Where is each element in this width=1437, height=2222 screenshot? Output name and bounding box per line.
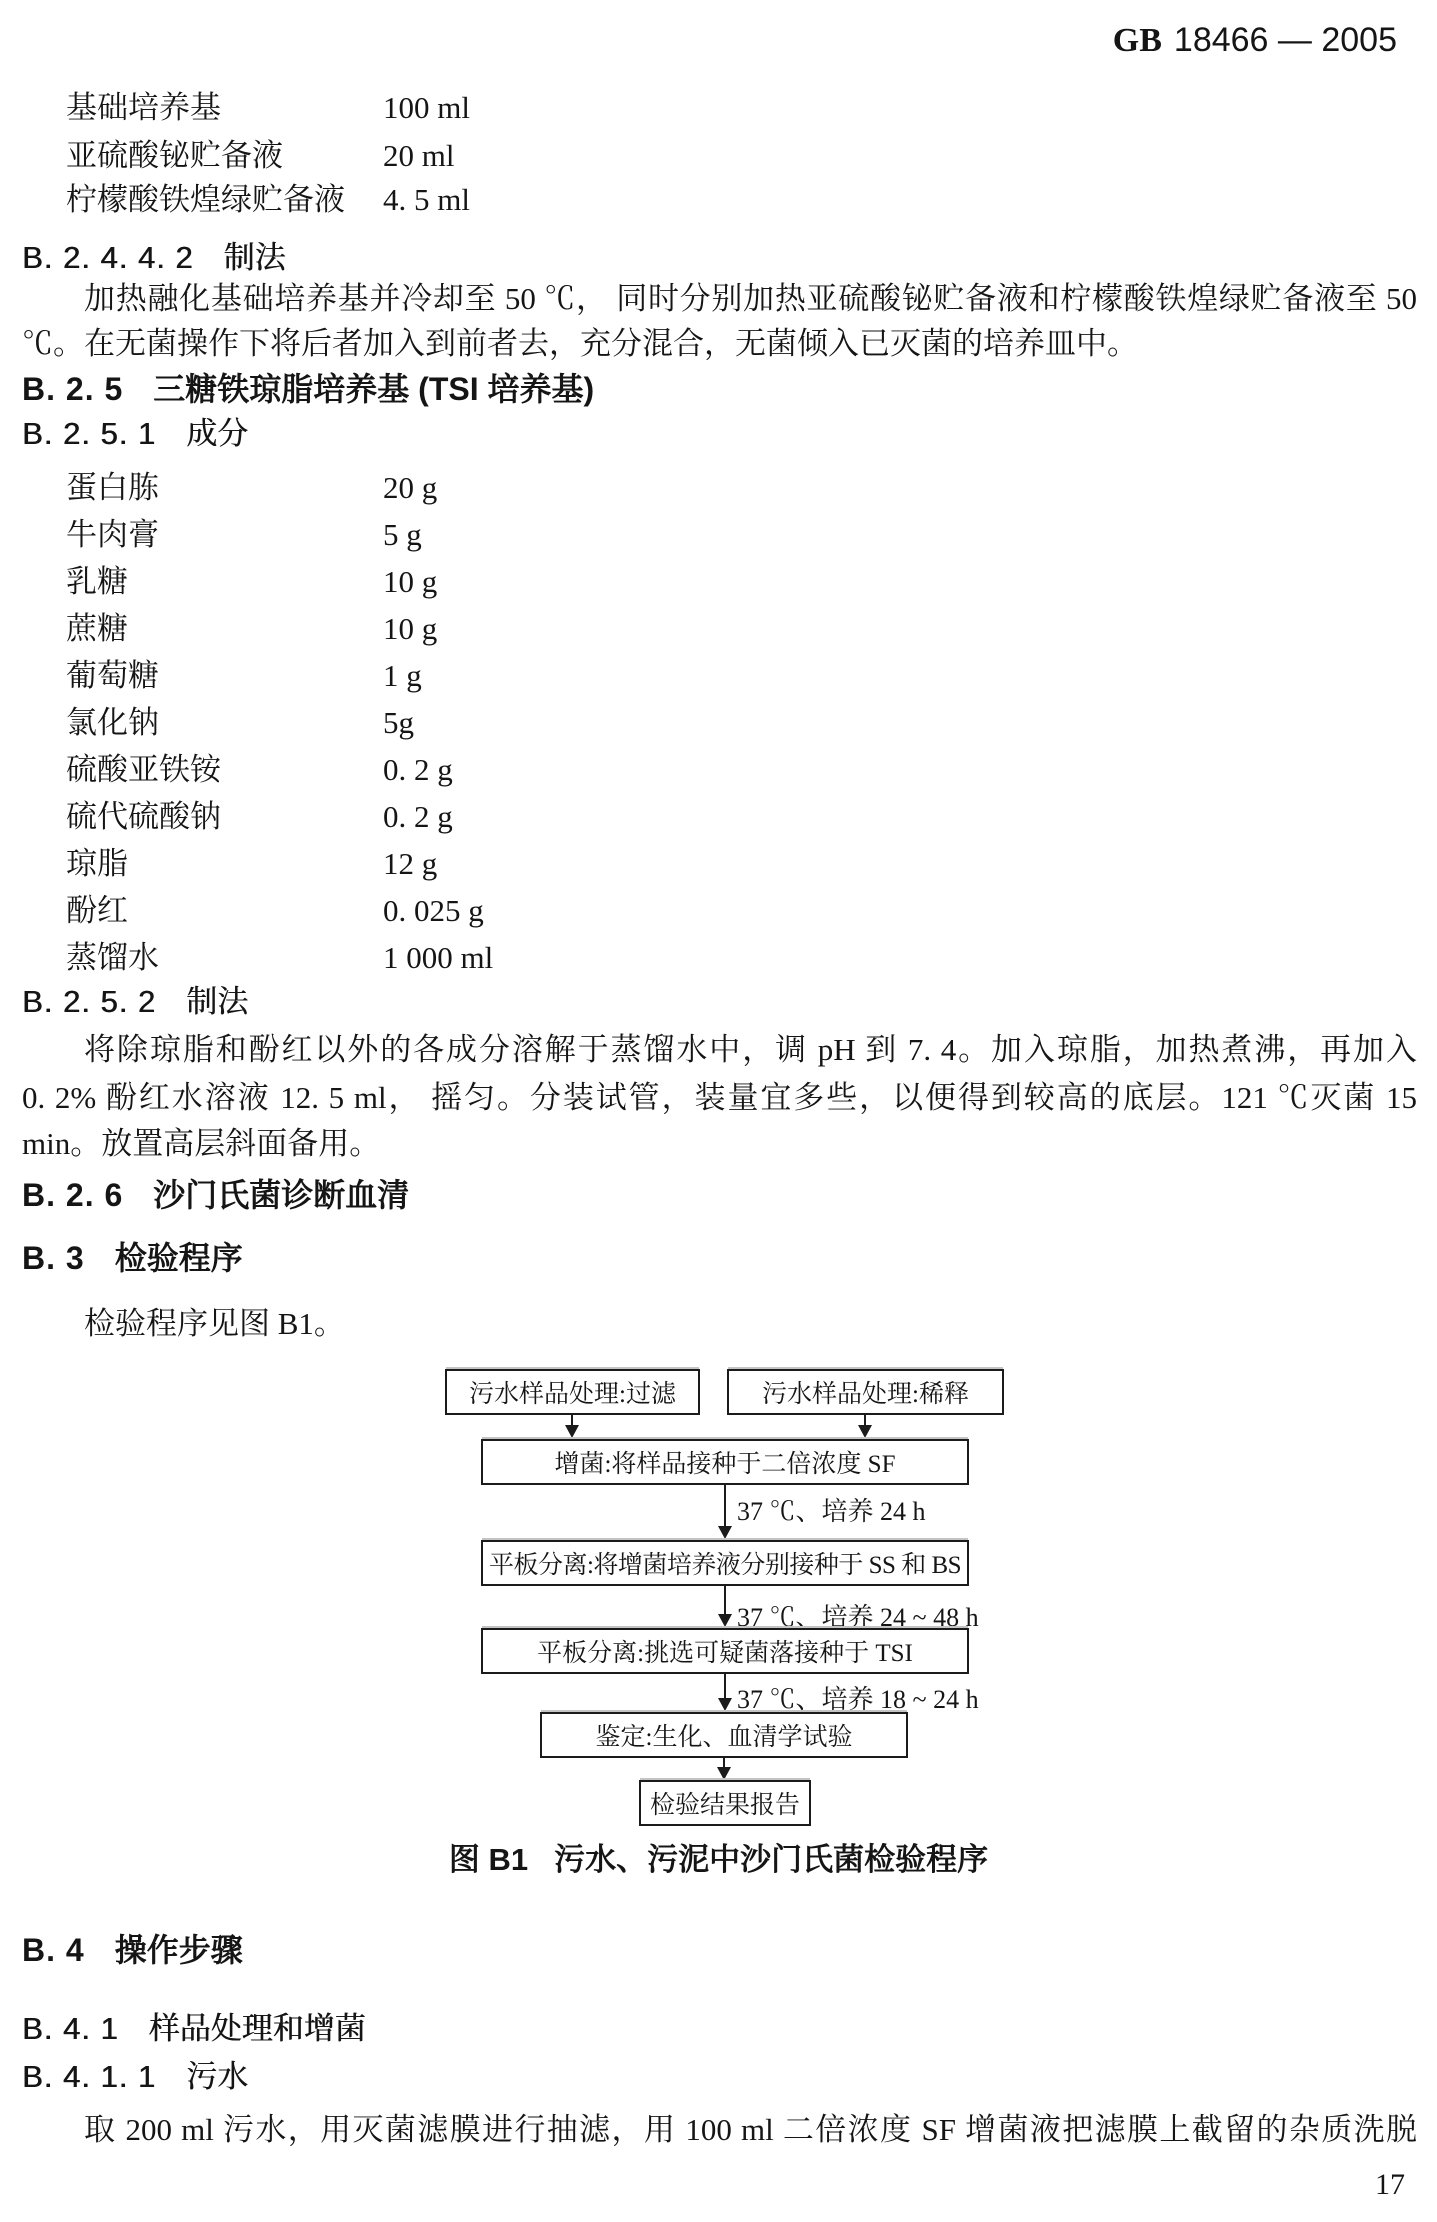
heading-number: B. 2. 5. 2 — [22, 984, 156, 1019]
flow-arrow — [571, 1415, 573, 1426]
heading-title: 三糖铁琼脂培养基 (TSI 培养基) — [153, 371, 594, 407]
ingredient-row: 氯化钠5g — [66, 703, 414, 743]
heading-b3: B. 3检验程序 — [22, 1238, 243, 1278]
heading-title: 污水 — [186, 2059, 248, 2094]
heading-title: 制法 — [224, 240, 286, 275]
standard-code: GB18466 — 2005 — [1113, 20, 1397, 61]
flow-box-enrich: 增菌:将样品接种于二倍浓度 SF — [481, 1439, 969, 1485]
ingredient-amount: 1 g — [383, 656, 422, 696]
ingredient-amount: 0. 2 g — [383, 797, 453, 837]
ingredient-name: 基础培养基 — [66, 88, 383, 128]
ingredient-name: 硫代硫酸钠 — [66, 797, 383, 837]
heading-number: B. 2. 6 — [22, 1177, 123, 1213]
ingredient-row: 乳糖10 g — [66, 562, 437, 602]
heading-b2-6: B. 2. 6沙门氏菌诊断血清 — [22, 1175, 409, 1215]
paragraph-line: ℃。在无菌操作下将后者加入到前者去，充分混合，无菌倾入已灭菌的培养皿中。 — [22, 324, 1417, 364]
figure-title: 污水、污泥中沙门氏菌检验程序 — [554, 1842, 988, 1877]
flow-box-plate-ss-bs: 平板分离:将增菌培养液分别接种于 SS 和 BS — [481, 1540, 969, 1586]
ingredient-amount: 20 ml — [383, 136, 454, 176]
ingredient-amount: 20 g — [383, 468, 437, 508]
paragraph-line: 0. 2% 酚红水溶液 12. 5 ml， 摇匀。分装试管，装量宜多些，以便得到… — [22, 1078, 1417, 1118]
heading-number: B. 4. 1 — [22, 2011, 119, 2046]
heading-b4-1-1: B. 4. 1. 1污水 — [22, 2057, 248, 2097]
ingredient-row: 蒸馏水1 000 ml — [66, 938, 493, 978]
heading-number: B. 2. 5 — [22, 371, 123, 407]
flow-box-report: 检验结果报告 — [639, 1780, 811, 1826]
heading-number: B. 2. 4. 4. 2 — [22, 240, 194, 275]
flow-box-plate-tsi: 平板分离:挑选可疑菌落接种于 TSI — [481, 1628, 969, 1674]
ingredient-row: 牛肉膏5 g — [66, 515, 422, 555]
ingredient-row: 基础培养基100 ml — [66, 88, 470, 128]
heading-b2-5-1: B. 2. 5. 1成分 — [22, 414, 248, 454]
figure-caption: 图 B1污水、污泥中沙门氏菌检验程序 — [0, 1840, 1437, 1880]
standard-prefix: GB — [1113, 22, 1162, 59]
ingredient-amount: 1 000 ml — [383, 938, 493, 978]
heading-number: B. 4 — [22, 1932, 85, 1968]
document-page: GB18466 — 2005 基础培养基100 ml 亚硫酸铋贮备液20 ml … — [0, 0, 1437, 2222]
heading-title: 检验程序 — [115, 1240, 243, 1276]
flow-arrow — [723, 1758, 725, 1768]
ingredient-name: 硫酸亚铁铵 — [66, 750, 383, 790]
ingredient-name: 酚红 — [66, 891, 383, 931]
flow-arrow — [864, 1415, 866, 1426]
ingredient-row: 琼脂12 g — [66, 844, 437, 884]
heading-title: 成分 — [186, 416, 248, 451]
heading-b4: B. 4操作步骤 — [22, 1930, 243, 1970]
ingredient-amount: 4. 5 ml — [383, 180, 470, 220]
ingredient-amount: 0. 025 g — [383, 891, 484, 931]
ingredient-name: 琼脂 — [66, 844, 383, 884]
heading-number: B. 4. 1. 1 — [22, 2059, 156, 2094]
figure-label: 图 B1 — [449, 1842, 528, 1877]
ingredient-name: 牛肉膏 — [66, 515, 383, 555]
ingredient-amount: 10 g — [383, 609, 437, 649]
ingredient-amount: 10 g — [383, 562, 437, 602]
heading-title: 制法 — [186, 984, 248, 1019]
ingredient-name: 乳糖 — [66, 562, 383, 602]
ingredient-row: 亚硫酸铋贮备液20 ml — [66, 136, 454, 176]
ingredient-name: 氯化钠 — [66, 703, 383, 743]
ingredient-amount: 0. 2 g — [383, 750, 453, 790]
heading-b2-4-4-2: B. 2. 4. 4. 2制法 — [22, 238, 286, 278]
ingredient-amount: 12 g — [383, 844, 437, 884]
paragraph-line: 将除琼脂和酚红以外的各成分溶解于蒸馏水中，调 pH 到 7. 4。加入琼脂，加热… — [22, 1030, 1417, 1070]
paragraph-line: 加热融化基础培养基并冷却至 50 ℃， 同时分别加热亚硫酸铋贮备液和柠檬酸铁煌绿… — [22, 279, 1417, 319]
ingredient-row: 柠檬酸铁煌绿贮备液4. 5 ml — [66, 180, 470, 220]
ingredient-name: 柠檬酸铁煌绿贮备液 — [66, 180, 383, 220]
standard-number: 18466 — 2005 — [1174, 21, 1397, 59]
heading-number: B. 3 — [22, 1240, 85, 1276]
flow-arrow — [724, 1674, 726, 1699]
ingredient-name: 蔗糖 — [66, 609, 383, 649]
heading-title: 样品处理和增菌 — [149, 2011, 366, 2046]
ingredient-name: 亚硫酸铋贮备液 — [66, 136, 383, 176]
ingredient-row: 硫酸亚铁铵0. 2 g — [66, 750, 453, 790]
paragraph-line: 检验程序见图 B1。 — [22, 1304, 1417, 1344]
heading-b2-5-2: B. 2. 5. 2制法 — [22, 982, 248, 1022]
page-number: 17 — [1375, 2165, 1405, 2205]
flow-arrow — [724, 1485, 726, 1527]
ingredient-name: 蛋白胨 — [66, 468, 383, 508]
ingredient-row: 蔗糖10 g — [66, 609, 437, 649]
ingredient-name: 葡萄糖 — [66, 656, 383, 696]
heading-title: 沙门氏菌诊断血清 — [153, 1177, 409, 1213]
ingredient-amount: 5g — [383, 703, 414, 743]
flow-box-dilute: 污水样品处理:稀释 — [727, 1369, 1004, 1415]
heading-b2-5: B. 2. 5三糖铁琼脂培养基 (TSI 培养基) — [22, 369, 594, 409]
ingredient-name: 蒸馏水 — [66, 938, 383, 978]
flow-box-identify: 鉴定:生化、血清学试验 — [540, 1712, 908, 1758]
ingredient-row: 葡萄糖1 g — [66, 656, 422, 696]
flow-arrow-label: 37 ℃、培养 24 h — [737, 1492, 926, 1532]
heading-b4-1: B. 4. 1样品处理和增菌 — [22, 2009, 366, 2049]
heading-title: 操作步骤 — [115, 1932, 243, 1968]
ingredient-amount: 100 ml — [383, 88, 470, 128]
ingredient-amount: 5 g — [383, 515, 422, 555]
heading-number: B. 2. 5. 1 — [22, 416, 156, 451]
paragraph-line: 取 200 ml 污水，用灭菌滤膜进行抽滤，用 100 ml 二倍浓度 SF 增… — [22, 2110, 1417, 2150]
ingredient-row: 酚红0. 025 g — [66, 891, 484, 931]
paragraph-line: min。放置高层斜面备用。 — [22, 1124, 1417, 1164]
ingredient-row: 蛋白胨20 g — [66, 468, 437, 508]
flow-box-filter: 污水样品处理:过滤 — [445, 1369, 700, 1415]
flow-arrow — [724, 1586, 726, 1615]
ingredient-row: 硫代硫酸钠0. 2 g — [66, 797, 453, 837]
